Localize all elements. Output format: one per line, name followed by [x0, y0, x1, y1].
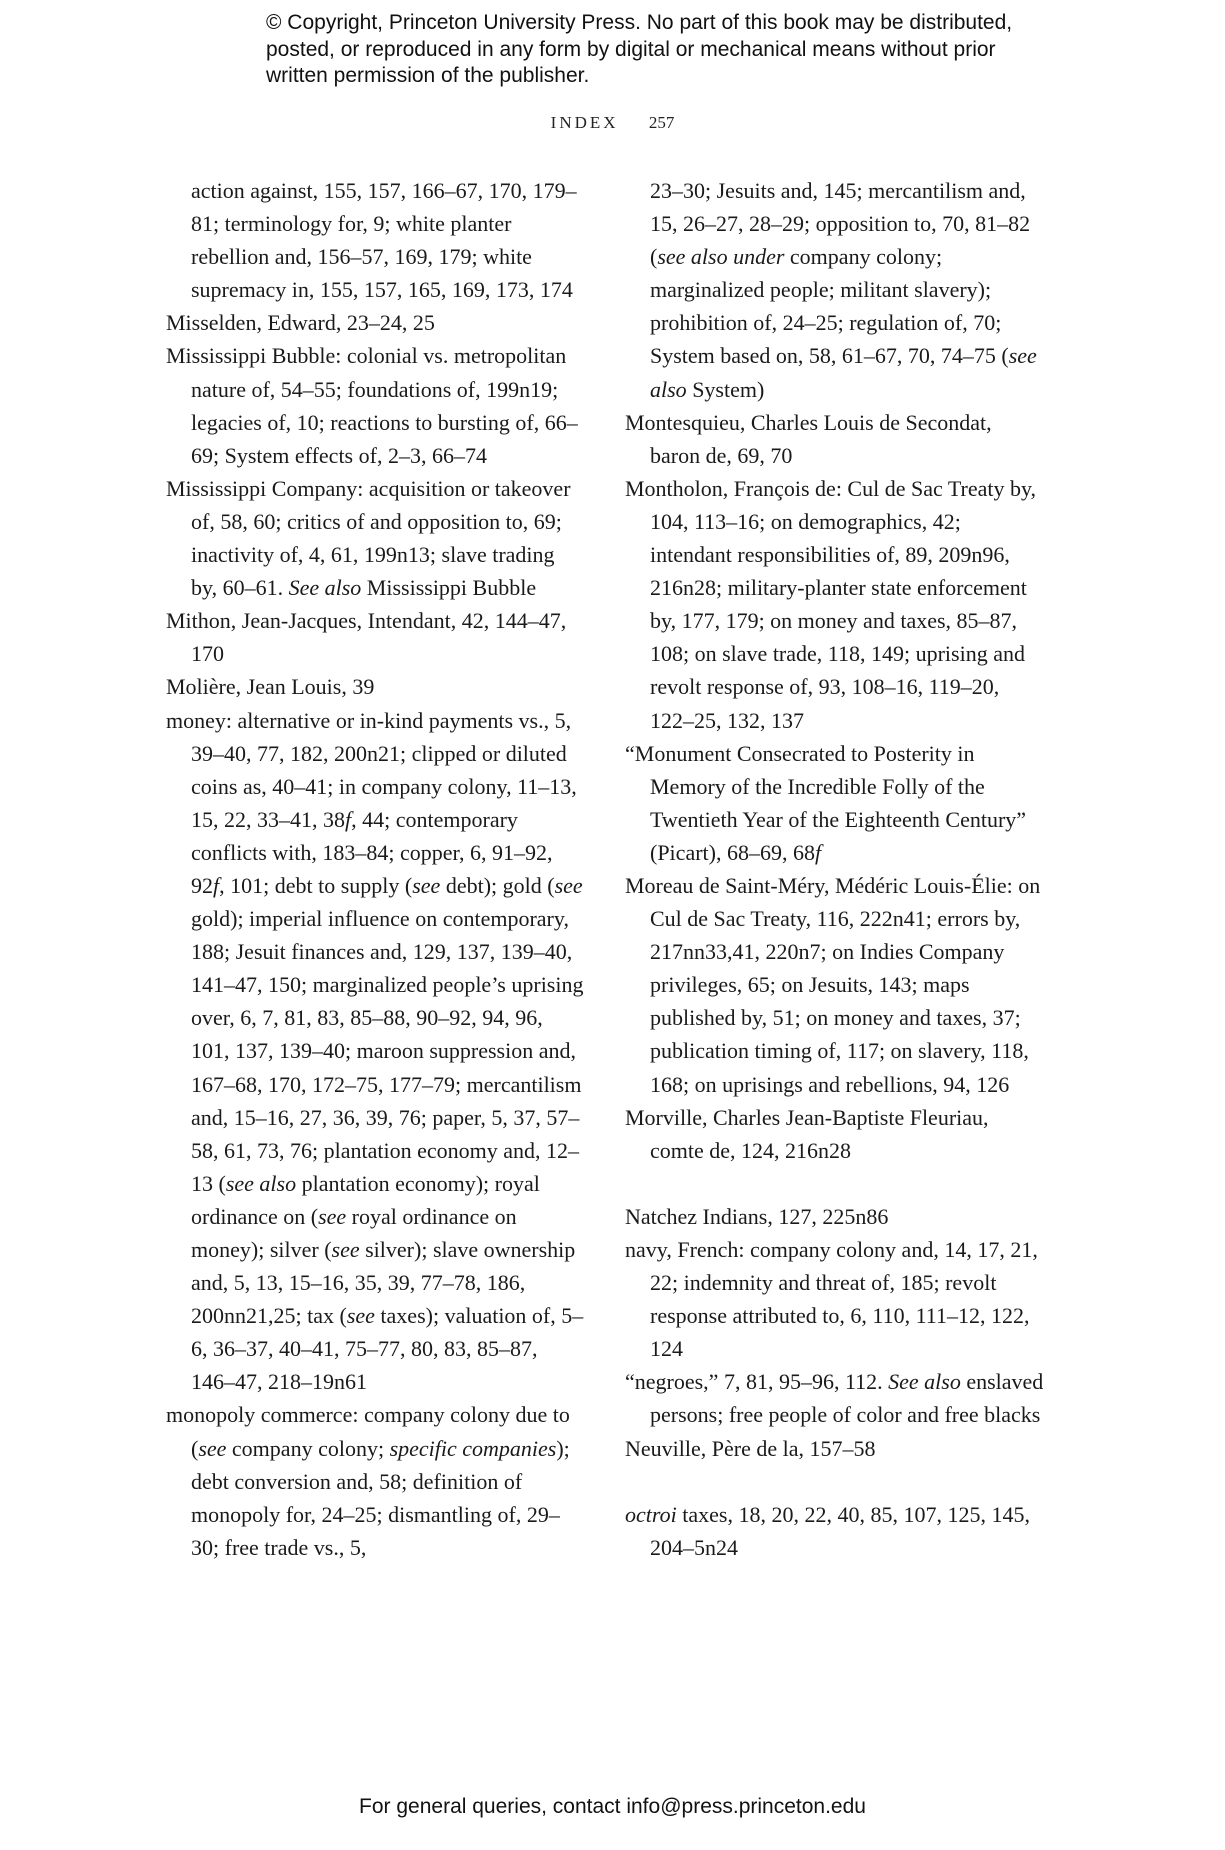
index-entry-montesquieu: Montesquieu, Charles Louis de Secondat, …: [625, 406, 1045, 472]
index-entry-misselden: Misselden, Edward, 23–24, 25: [166, 306, 586, 339]
index-entry-moliere: Molière, Jean Louis, 39: [166, 670, 586, 703]
index-entry-morville: Morville, Charles Jean-Baptiste Fleuriau…: [625, 1101, 1045, 1167]
copyright-notice: © Copyright, Princeton University Press.…: [266, 10, 1026, 90]
index-entry-monument: “Monument Consecrated to Posterity in Me…: [625, 737, 1045, 869]
page-number: 257: [649, 113, 675, 132]
index-entry-montholon: Montholon, François de: Cul de Sac Treat…: [625, 472, 1045, 737]
running-head: INDEX 257: [0, 113, 1225, 133]
index-column-left: action against, 155, 157, 166–67, 170, 1…: [166, 174, 586, 1564]
index-entry-mithon: Mithon, Jean-Jacques, Intendant, 42, 144…: [166, 604, 586, 670]
index-entry-natchez: Natchez Indians, 127, 225n86: [625, 1200, 1045, 1233]
running-title: INDEX: [551, 113, 619, 132]
index-entry-continued: action against, 155, 157, 166–67, 170, 1…: [166, 174, 586, 306]
index-entry-navy: navy, French: company colony and, 14, 17…: [625, 1233, 1045, 1365]
index-entry-moreau: Moreau de Saint-Méry, Médéric Louis-Élie…: [625, 869, 1045, 1101]
index-entry-neuville: Neuville, Père de la, 157–58: [625, 1432, 1045, 1465]
index-entry-money: money: alternative or in-kind payments v…: [166, 704, 586, 1399]
index-column-right: 23–30; Jesuits and, 145; mercantilism an…: [625, 174, 1045, 1564]
index-entry-octroi: octroi taxes, 18, 20, 22, 40, 85, 107, 1…: [625, 1498, 1045, 1564]
index-entry-mississippi-bubble: Mississippi Bubble: colonial vs. metropo…: [166, 339, 586, 471]
letter-section-gap: [625, 1465, 1045, 1498]
index-entry-mississippi-company: Mississippi Company: acquisition or take…: [166, 472, 586, 604]
letter-section-gap: [625, 1167, 1045, 1200]
index-entry-monopoly-commerce: monopoly commerce: company colony due to…: [166, 1398, 586, 1563]
footer-contact: For general queries, contact info@press.…: [0, 1795, 1225, 1819]
index-entry-negroes: “negroes,” 7, 81, 95–96, 112. See also e…: [625, 1365, 1045, 1431]
index-entry-continued: 23–30; Jesuits and, 145; mercantilism an…: [625, 174, 1045, 406]
